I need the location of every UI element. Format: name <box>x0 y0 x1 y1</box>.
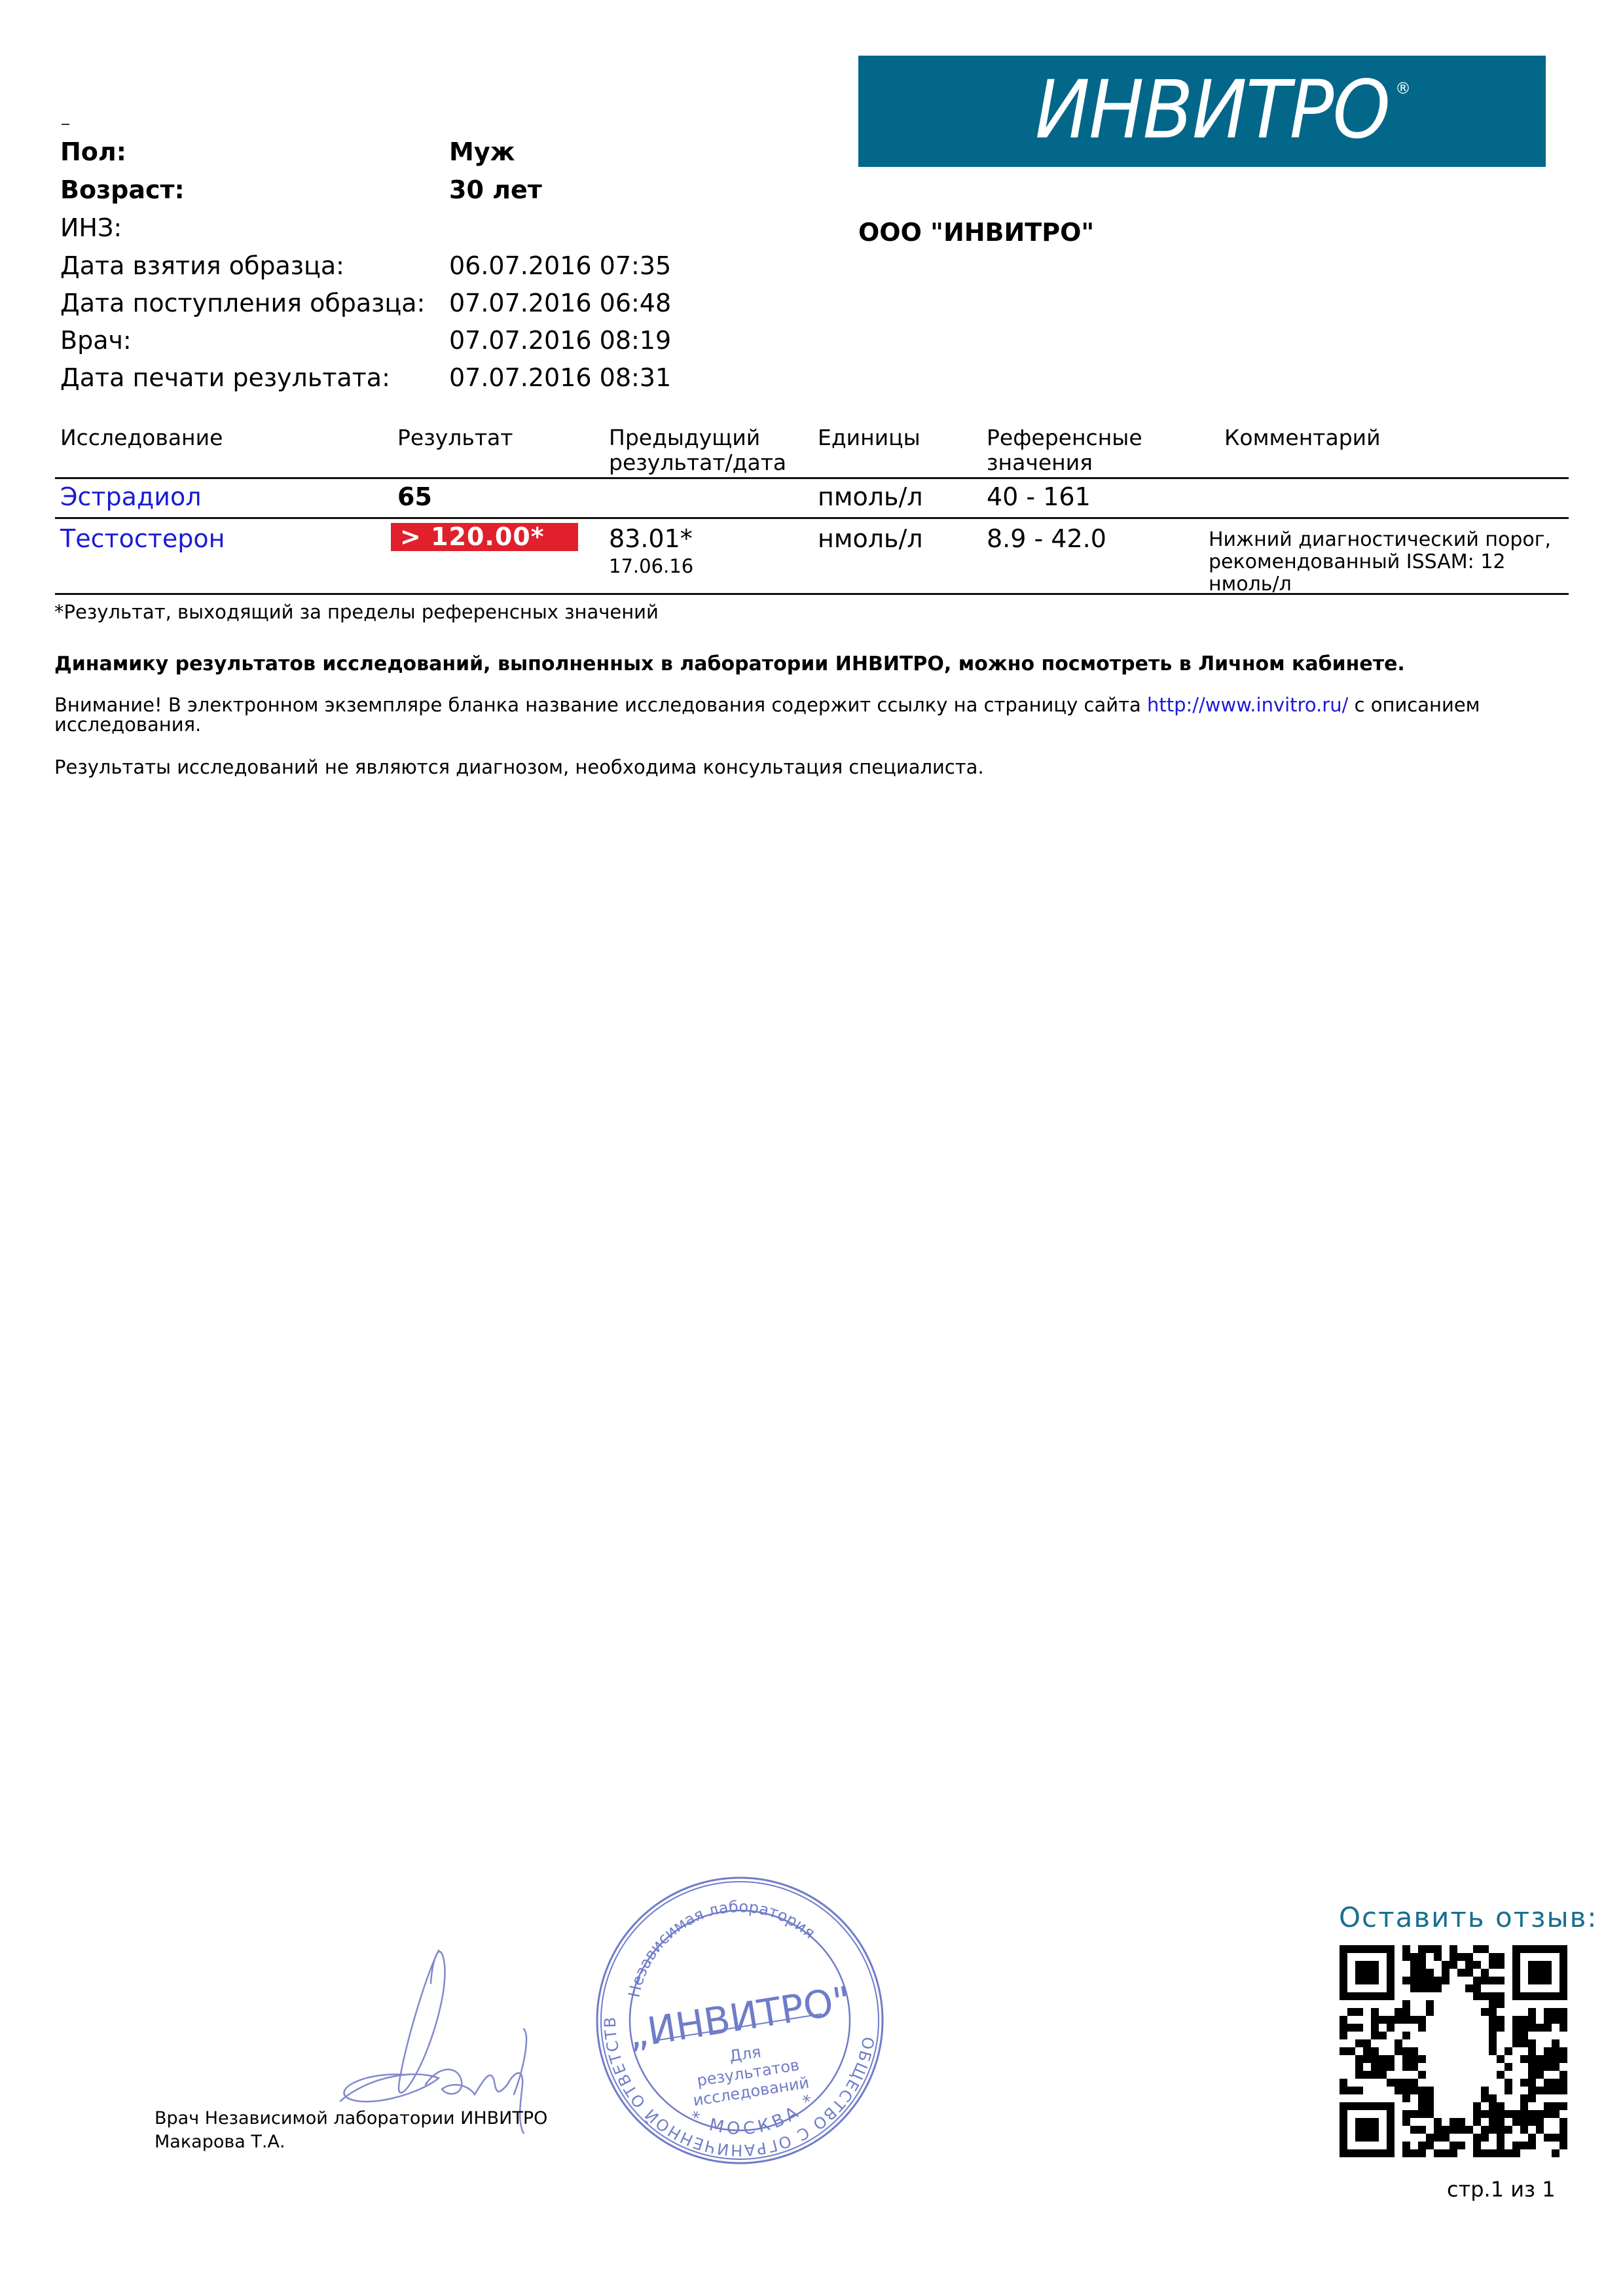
disclaimer: Результаты исследований не являются диаг… <box>54 756 984 778</box>
doctor-label: Врач: <box>60 326 132 355</box>
table-bottom-divider <box>55 593 1569 595</box>
previous-result: 83.01* <box>609 524 693 553</box>
header-reference-line2: значения <box>987 450 1142 475</box>
logo-text: ИНВИТРО <box>1035 63 1389 156</box>
age-value: 30 лет <box>449 175 542 204</box>
dynamics-note: Динамику результатов исследований, выпол… <box>54 653 1405 675</box>
test-link-estradiol[interactable]: Эстрадиол <box>60 482 201 511</box>
sample-received-value: 07.07.2016 06:48 <box>449 289 671 317</box>
invitro-site-link[interactable]: http://www.invitro.ru/ <box>1147 694 1348 716</box>
units: пмоль/л <box>818 482 923 511</box>
header-units: Единицы <box>818 425 921 450</box>
footnote: *Результат, выходящий за пределы референ… <box>54 601 659 623</box>
sample-taken-value: 06.07.2016 07:35 <box>449 251 671 280</box>
registered-mark-icon: ® <box>1395 79 1411 98</box>
page-number: стр.1 из 1 <box>1447 2177 1556 2202</box>
svg-text:Независимая лаборатория: Независимая лаборатория <box>625 1897 818 1999</box>
comment: Нижний диагностический порог, рекомендов… <box>1209 529 1575 596</box>
attention-text: Внимание! В электронном экземпляре бланк… <box>54 694 1147 716</box>
age-label: Возраст: <box>60 175 185 204</box>
doctor-name: Макарова Т.А. <box>155 2132 285 2152</box>
row-divider <box>55 517 1569 519</box>
header-dash <box>62 124 69 125</box>
feedback-label: Оставить отзыв: <box>1339 1901 1598 1933</box>
print-date-value: 07.07.2016 08:31 <box>449 363 671 392</box>
sex-label: Пол: <box>60 137 126 166</box>
qr-code-icon[interactable] <box>1340 1945 1567 2157</box>
units: нмоль/л <box>818 524 923 553</box>
doctor-value: 07.07.2016 08:19 <box>449 326 671 355</box>
stamp-inner-text: Независимая лаборатория <box>625 1897 818 1999</box>
header-reference: Референсные значения <box>987 425 1142 475</box>
doctor-title: Врач Независимой лаборатории ИНВИТРО <box>155 2108 547 2128</box>
lab-stamp-icon: ОБЩЕСТВО С ОГРАНИЧЕННОЙ ОТВЕТСТВЕННОСТЬЮ… <box>593 1873 887 2168</box>
doctor-signature-icon <box>327 1937 602 2134</box>
header-comment: Комментарий <box>1224 425 1381 450</box>
header-previous: Предыдущий результат/дата <box>609 425 786 475</box>
attention-note: Внимание! В электронном экземпляре бланк… <box>54 695 1573 734</box>
invitro-logo: ИНВИТРО ® <box>858 56 1546 167</box>
result-value: 65 <box>397 482 432 511</box>
header-previous-line1: Предыдущий <box>609 425 786 450</box>
header-result: Результат <box>397 425 513 450</box>
sample-taken-label: Дата взятия образца: <box>60 251 344 280</box>
company-name: ООО "ИНВИТРО" <box>858 218 1094 247</box>
print-date-label: Дата печати результата: <box>60 363 390 392</box>
header-previous-line2: результат/дата <box>609 450 786 475</box>
out-of-range-result-badge: > 120.00* <box>391 523 578 551</box>
reference-range: 8.9 - 42.0 <box>987 524 1106 553</box>
header-test: Исследование <box>60 425 223 450</box>
sex-value: Муж <box>449 137 515 166</box>
test-link-testosterone[interactable]: Тестостерон <box>60 524 225 553</box>
inz-label: ИНЗ: <box>60 213 122 242</box>
stamp-center-text: „ИНВИТРО" <box>625 1978 854 2057</box>
header-reference-line1: Референсные <box>987 425 1142 450</box>
header-divider <box>55 477 1569 479</box>
previous-date: 17.06.16 <box>609 555 693 577</box>
reference-range: 40 - 161 <box>987 482 1091 511</box>
sample-received-label: Дата поступления образца: <box>60 289 425 317</box>
